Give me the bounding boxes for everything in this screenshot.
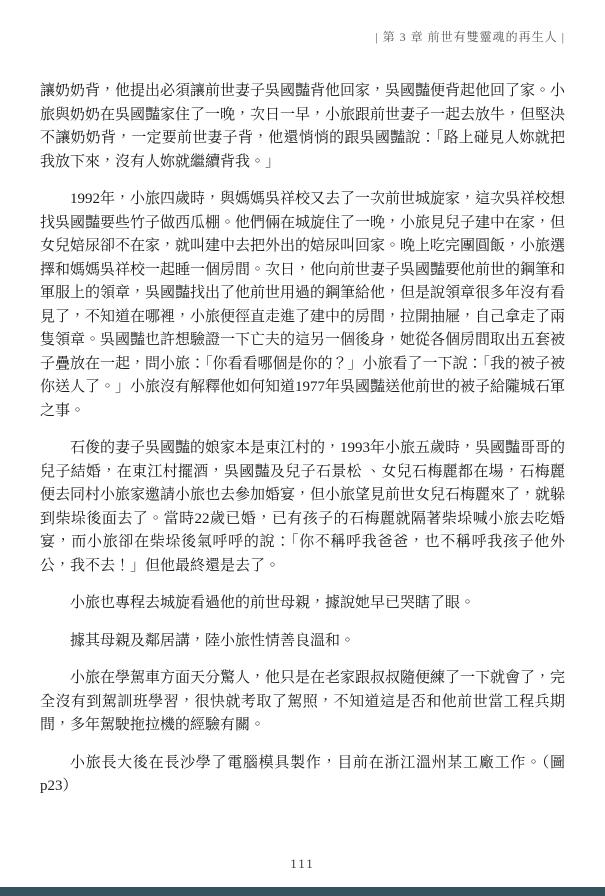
body-paragraph: 小旅也專程去城旋看過他的前世母親，據說她早已哭瞎了眼。 [40,592,565,616]
running-header: | 第 3 章 前世有雙靈魂的再生人 | [375,28,565,45]
body-text-block: 讓奶奶背，他提出必須讓前世妻子吳國豔背他回家，吳國豔便背起他回了家。小旅與奶奶在… [40,80,565,813]
body-paragraph: 讓奶奶背，他提出必須讓前世妻子吳國豔背他回家，吳國豔便背起他回了家。小旅與奶奶在… [40,80,565,174]
body-paragraph: 據其母親及鄰居講，陸小旅性情善良溫和。 [40,630,565,654]
body-paragraph: 1992年，小旅四歲時，與媽媽吳祥校又去了一次前世城旋家，這次吳祥校想找吳國豔要… [40,188,565,423]
bottom-bar [0,887,605,896]
body-paragraph: 小旅在學駕車方面天分驚人，他只是在老家跟叔叔隨便練了一下就會了，完全沒有到駕訓班… [40,667,565,738]
page-number: 111 [0,856,605,872]
book-page: | 第 3 章 前世有雙靈魂的再生人 | 讓奶奶背，他提出必須讓前世妻子吳國豔背… [0,0,605,896]
body-paragraph: 小旅長大後在長沙學了電腦模具製作，目前在浙江溫州某工廠工作。（圖p23） [40,752,565,799]
body-paragraph: 石俊的妻子吳國豔的娘家本是東江村的，1993年小旅五歲時，吳國豔哥哥的兒子結婚，… [40,437,565,578]
